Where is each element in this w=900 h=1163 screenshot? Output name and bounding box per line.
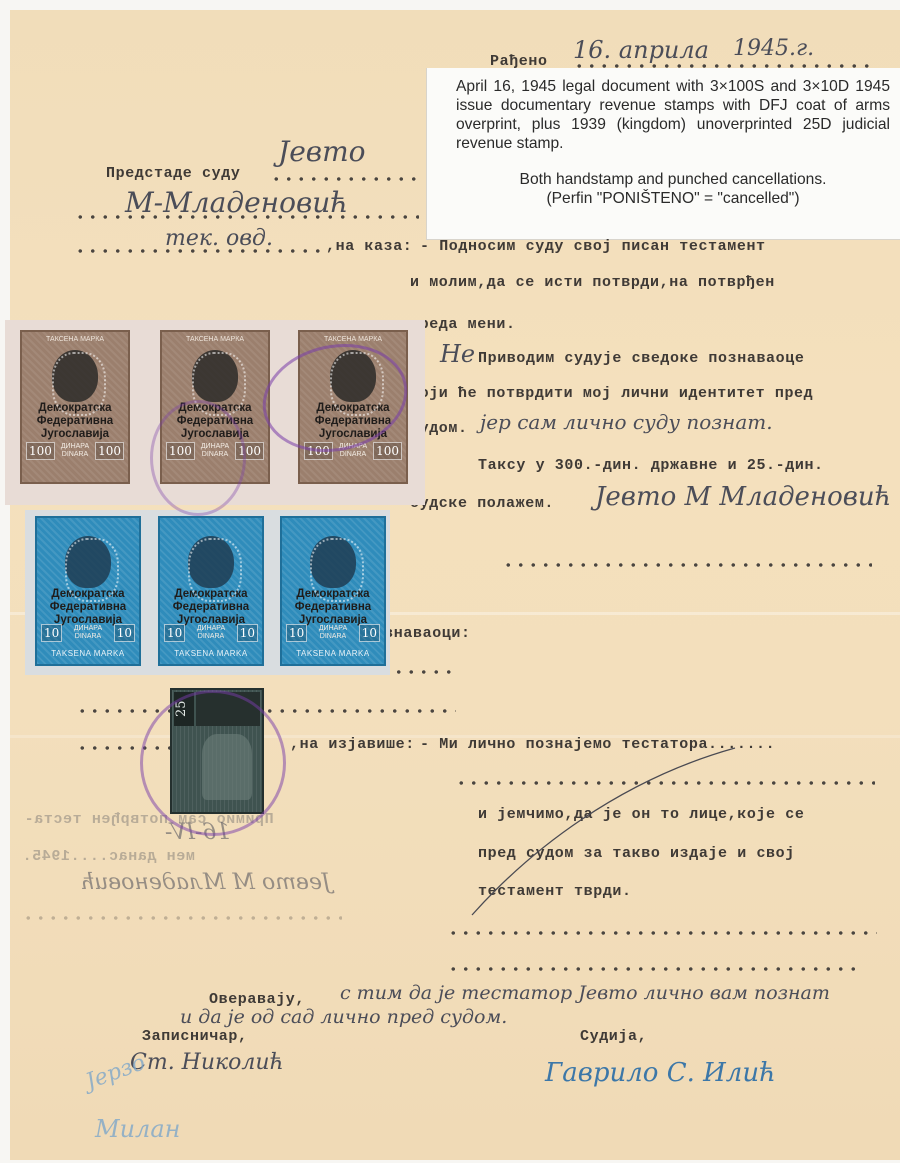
perfin-punch — [52, 352, 106, 416]
annotation-line-1: Both handstamp and punched cancellations… — [456, 170, 890, 189]
offset-handwriting: Јевто М Младеновић — [80, 870, 331, 895]
margin-handwriting: Милан — [95, 1115, 180, 1143]
handwritten-year: 1945.г. — [733, 36, 814, 61]
diagonal-pen-stroke — [470, 740, 740, 920]
body-line: - Подносим суду свој писан тестамент — [420, 238, 766, 255]
testator-signature: Јевто М Младеновић — [595, 482, 891, 512]
stamp-top-text: ТАКСЕНА МАРКА — [300, 336, 406, 343]
stamp-bottom-text: TAKSENA MARKA — [37, 649, 139, 658]
certify-handwriting: и да је од сад лично пред судом. — [180, 1006, 507, 1028]
stamp-value: 10 — [164, 624, 185, 642]
body-line: Приводим судује сведоке познаваоце — [478, 350, 804, 367]
perfin-punch — [65, 538, 119, 602]
perfin-punch — [188, 538, 242, 602]
annotation-line-2: (Perfin "PONIŠTENO" = "cancelled") — [456, 189, 890, 208]
judge-label: Судија, — [580, 1028, 647, 1045]
offset-text: мен данас....1945. — [22, 848, 195, 865]
stamp-top-text: ТАКСЕНА МАРКА — [22, 336, 128, 343]
revenue-stamp-100: ТАКСЕНА МАРКА Демократска Федеративна Ју… — [20, 330, 130, 484]
dotted-line — [502, 562, 872, 568]
stamp-currency: ДИНАРА DINARA — [61, 443, 89, 459]
stamp-bottom-text: TAKSENA MARKA — [282, 649, 384, 658]
stamp-currency: ДИНАРА DINARA — [197, 625, 225, 641]
stamp-bottom-text: TAKSENA MARKA — [160, 649, 262, 658]
dotted-line — [270, 176, 420, 182]
stamp-value: 10 — [237, 624, 258, 642]
recorder-signature: Ст. Николић — [130, 1050, 284, 1075]
body-line: и молим,да се исти потврди,на потврђен — [410, 274, 775, 291]
handwritten-occupation: тек. овд. — [165, 226, 273, 251]
handwritten-first-name: Јевто — [278, 135, 366, 168]
stamp-value: 10 — [286, 624, 307, 642]
stamp-top-text: ТАКСЕНА МАРКА — [162, 336, 268, 343]
stamp-value: 100 — [26, 442, 55, 460]
stamp-value: 10 — [359, 624, 380, 642]
annotation-note: April 16, 1945 legal document with 3×100… — [426, 68, 900, 240]
handwritten-surname: М-Младеновић — [125, 186, 348, 219]
stamp-value: 100 — [373, 442, 402, 460]
stamp-value: 10 — [114, 624, 135, 642]
dotted-line — [447, 966, 862, 972]
fee-line-2: судске полажем. — [410, 495, 554, 512]
handwritten-insert: јер сам лично суду познат. — [480, 410, 773, 434]
perfin-punch — [310, 538, 364, 602]
handstamp-cancellation — [140, 690, 286, 836]
fee-line: Таксу у 300.-дин. државне и 25.-дин. — [478, 457, 824, 474]
dotted-line — [22, 915, 342, 921]
certify-handwriting: с тим да је тестатор Јевто лично вам поз… — [340, 982, 830, 1004]
stamp-currency: ДИНАРА DINARA — [319, 625, 347, 641]
judge-signature: Гаврило С. Илић — [545, 1058, 776, 1088]
handwritten-insert: Не — [440, 340, 475, 368]
annotation-paragraph: April 16, 1945 legal document with 3×100… — [456, 77, 890, 153]
handstamp-cancellation — [150, 400, 246, 516]
revenue-stamp-10: Демократска Федеративна Југославија 10 Д… — [35, 516, 141, 666]
dotted-line — [447, 930, 877, 936]
body-line: преда мени. — [410, 316, 516, 333]
revenue-stamp-10: Демократска Федеративна Југославија 10 Д… — [280, 516, 386, 666]
stamp-value: 10 — [41, 624, 62, 642]
stamp-value: 100 — [95, 442, 124, 460]
handwritten-date: 16. априла — [573, 36, 709, 64]
presented-label: Предстаде суду — [106, 165, 240, 182]
stamp-currency: ДИНАРА DINARA — [74, 625, 102, 641]
recorder-label: Записничар, — [142, 1028, 248, 1045]
body-line: који ће потврдити мој лични идентитет пр… — [410, 385, 813, 402]
declared-label: ,на изјавише: — [290, 736, 415, 753]
stated-label: ,на каза: — [326, 238, 412, 255]
revenue-stamp-10: Демократска Федеративна Југославија 10 Д… — [158, 516, 264, 666]
